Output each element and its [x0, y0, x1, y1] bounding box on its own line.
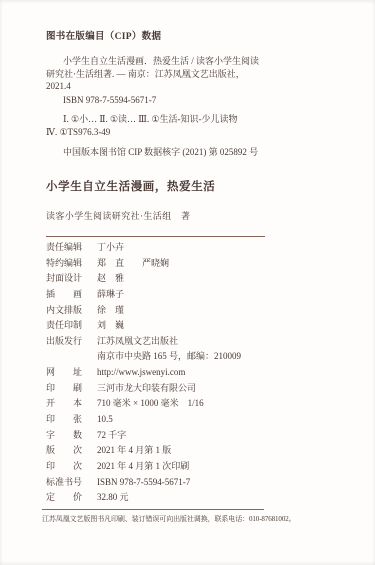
colophon-row: 封面设计赵 雅 — [46, 271, 326, 287]
colophon-row: 印 张10.5 — [46, 412, 326, 428]
cip-record-line: 研究社·生活组著. — 南京：江苏凤凰文艺出版社， — [46, 68, 291, 81]
colophon-label: 插 画 — [46, 287, 86, 303]
cip-header: 图书在版编目（CIP）数据 — [46, 28, 291, 42]
colophon-label: 内文排版 — [46, 303, 86, 319]
cip-record-line: 2021.4 — [46, 80, 291, 93]
colophon-label: 印 次 — [46, 459, 86, 475]
colophon-value: http://www.jswenyi.com — [97, 367, 185, 377]
colophon-row: 内文排版徐 瑾 — [46, 303, 326, 319]
colophon-label: 印 刷 — [46, 381, 86, 397]
colophon-row: 印 刷三河市龙大印装有限公司 — [46, 381, 326, 397]
colophon-label: 印 张 — [46, 412, 86, 428]
colophon-value: 郑 直 严晓娴 — [97, 258, 169, 268]
colophon-row: 插 画薛琳子 — [46, 287, 326, 303]
colophon-value: ISBN 978-7-5594-5671-7 — [97, 477, 190, 487]
colophon-label: 开 本 — [46, 396, 86, 412]
cip-section: 图书在版编目（CIP）数据 小学生自立生活漫画．热爱生活 / 读客小学生阅读 研… — [46, 28, 291, 159]
colophon-value: 刘 巍 — [97, 320, 124, 330]
colophon-row: 责任印制刘 巍 — [46, 318, 326, 334]
cip-registry-number: 中国版本图书馆 CIP 数据核字 (2021) 第 025892 号 — [46, 146, 291, 159]
colophon-value: 2021 年 4 月第 1 版 — [97, 445, 171, 455]
colophon-label: 标准书号 — [46, 475, 86, 491]
colophon-label: 版 次 — [46, 443, 86, 459]
footer-notice: 江苏凤凰文艺版图书凡印刷、装订错误可向出版社调换，联系电话：010-876810… — [42, 514, 342, 524]
colophon-row: 出版发行江苏凤凰文艺出版社 — [46, 334, 326, 350]
colophon-value: 三河市龙大印装有限公司 — [97, 383, 196, 393]
colophon-label: 网 址 — [46, 365, 86, 381]
colophon-value: 710 毫米 × 1000 毫米 1/16 — [97, 398, 204, 408]
colophon-value: 2021 年 4 月第 1 次印刷 — [97, 461, 189, 471]
book-title: 小学生自立生活漫画，热爱生活 — [46, 178, 215, 194]
colophon-label: 出版发行 — [46, 334, 86, 350]
colophon-label: 责任编辑 — [46, 240, 86, 256]
colophon-label: 字 数 — [46, 428, 86, 444]
cip-record-line: 小学生自立生活漫画．热爱生活 / 读客小学生阅读 — [46, 55, 291, 68]
colophon-row: 标准书号ISBN 978-7-5594-5671-7 — [46, 475, 326, 491]
colophon-row: 特约编辑郑 直 严晓娴 — [46, 256, 326, 272]
colophon-row: 责任编辑丁小卉 — [46, 240, 326, 256]
colophon-row: 开 本710 毫米 × 1000 毫米 1/16 — [46, 396, 326, 412]
book-author: 读客小学生阅读研究社·生活组 著 — [46, 209, 190, 222]
cip-class-line: Ⅳ. ①TS976.3-49 — [46, 126, 291, 139]
colophon-value: 江苏凤凰文艺出版社 — [97, 336, 178, 346]
colophon-value: 徐 瑾 — [97, 305, 124, 315]
title-divider — [46, 236, 265, 237]
colophon-row: 南京市中央路 165 号，邮编：210009 — [46, 349, 326, 365]
colophon-value: 72 千字 — [97, 430, 126, 440]
colophon-value: 南京市中央路 165 号，邮编：210009 — [97, 351, 241, 361]
colophon-row: 印 次2021 年 4 月第 1 次印刷 — [46, 459, 326, 475]
cip-isbn: ISBN 978-7-5594-5671-7 — [46, 94, 291, 107]
colophon-value: 10.5 — [97, 414, 113, 424]
colophon-row: 字 数72 千字 — [46, 428, 326, 444]
colophon-value: 薛琳子 — [97, 289, 124, 299]
colophon-row: 定 价32.80 元 — [46, 490, 326, 506]
colophon-value: 32.80 元 — [97, 492, 129, 502]
colophon-value: 赵 雅 — [97, 273, 124, 283]
cip-record: 小学生自立生活漫画．热爱生活 / 读客小学生阅读 研究社·生活组著. — 南京：… — [46, 55, 291, 93]
colophon-value: 丁小卉 — [97, 242, 124, 252]
copyright-page: 图书在版编目（CIP）数据 小学生自立生活漫画．热爱生活 / 读客小学生阅读 研… — [0, 0, 375, 565]
colophon-row: 版 次2021 年 4 月第 1 版 — [46, 443, 326, 459]
cip-class-line: Ⅰ. ①小… Ⅱ. ①读… Ⅲ. ①生活-知识-少儿读物 — [46, 113, 291, 126]
colophon-label: 特约编辑 — [46, 256, 86, 272]
colophon-label: 定 价 — [46, 490, 86, 506]
colophon-label: 责任印制 — [46, 318, 86, 334]
colophon-label: 封面设计 — [46, 271, 86, 287]
colophon-table: 责任编辑丁小卉特约编辑郑 直 严晓娴封面设计赵 雅插 画薛琳子内文排版徐 瑾责任… — [46, 240, 326, 506]
cip-classification: Ⅰ. ①小… Ⅱ. ①读… Ⅲ. ①生活-知识-少儿读物 Ⅳ. ①TS976.3… — [46, 113, 291, 138]
footer-divider — [42, 509, 264, 510]
colophon-row: 网 址http://www.jswenyi.com — [46, 365, 326, 381]
